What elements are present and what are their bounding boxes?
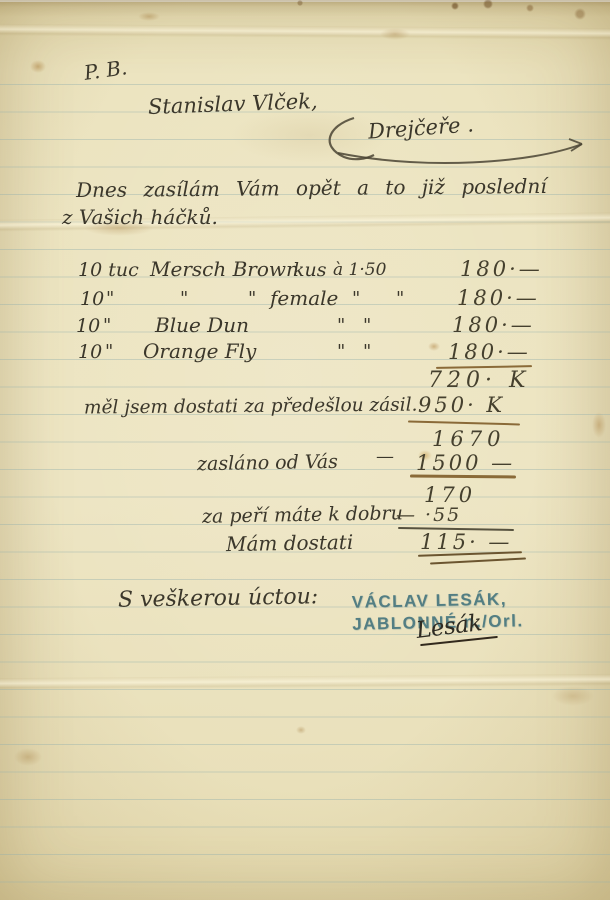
item-amount: 180·— bbox=[457, 286, 540, 310]
ditto-mark: " bbox=[337, 315, 345, 336]
sent-label: zasláno od Vás bbox=[197, 451, 338, 475]
letter-page: P. B. Stanislav Vlček, Drejčeře . Dnes z… bbox=[0, 0, 610, 900]
item-price: à 1·50 bbox=[333, 260, 386, 280]
ditto-mark: " bbox=[248, 288, 256, 309]
paper-stain bbox=[592, 412, 606, 438]
item-name: female bbox=[270, 286, 338, 310]
ditto-mark: " bbox=[337, 341, 345, 362]
item-amount: 180·— bbox=[452, 313, 535, 337]
item-qty: 10 bbox=[78, 341, 102, 363]
item-qty: 10 tuc bbox=[78, 259, 139, 281]
paper-stain bbox=[552, 686, 594, 706]
final-due-label: Mám dostati bbox=[226, 530, 354, 556]
ditto-mark: " bbox=[363, 341, 371, 362]
item-unit: kus bbox=[293, 259, 327, 281]
paper-stain bbox=[380, 28, 410, 40]
paper-stained-top-edge bbox=[0, 0, 610, 20]
body-line-2: z Vašich háčků. bbox=[62, 205, 218, 229]
ditto-mark: " bbox=[396, 288, 404, 309]
paper-crease bbox=[0, 24, 610, 40]
paper-stain bbox=[30, 60, 46, 73]
subtotal-amount: 1670 bbox=[432, 427, 505, 451]
ditto-mark: " bbox=[106, 288, 114, 309]
feather-credit-label: za peří máte k dobru bbox=[202, 502, 403, 528]
paper-stain bbox=[138, 12, 160, 21]
total-amount: 720· K bbox=[428, 368, 530, 393]
paper-stain bbox=[296, 726, 306, 734]
item-name: Mersch Brown bbox=[150, 257, 299, 281]
ditto-mark: " bbox=[103, 315, 111, 336]
item-amount: 180·— bbox=[448, 340, 531, 364]
sent-amount: 1500 — bbox=[416, 451, 515, 475]
item-qty: 10 bbox=[76, 315, 100, 337]
closing-salutation: S veškerou úctou: bbox=[118, 584, 319, 612]
ditto-mark: " bbox=[363, 315, 371, 336]
paper-stain bbox=[428, 342, 440, 351]
paper-stain bbox=[14, 748, 42, 766]
header-annotation: P. B. bbox=[83, 55, 129, 85]
item-amount: 180·— bbox=[460, 257, 543, 281]
previous-shipment-label: měl jsem dostati za předešlou zásil. bbox=[84, 395, 418, 419]
ditto-mark: " bbox=[352, 288, 360, 309]
item-name: Blue Dun bbox=[155, 313, 249, 337]
final-due-amount: 115· — bbox=[420, 530, 512, 554]
feather-credit-amount: — ·55 bbox=[396, 504, 461, 526]
ditto-mark: " bbox=[180, 288, 188, 309]
item-name: Orange Fly bbox=[143, 339, 256, 363]
previous-shipment-amount: 950· K bbox=[418, 393, 505, 417]
ditto-mark: " bbox=[105, 341, 113, 362]
body-line-1: Dnes zasílám Vám opět a to již poslední bbox=[76, 174, 547, 202]
minus-sign: — bbox=[376, 446, 394, 467]
item-qty: 10 bbox=[80, 288, 104, 310]
